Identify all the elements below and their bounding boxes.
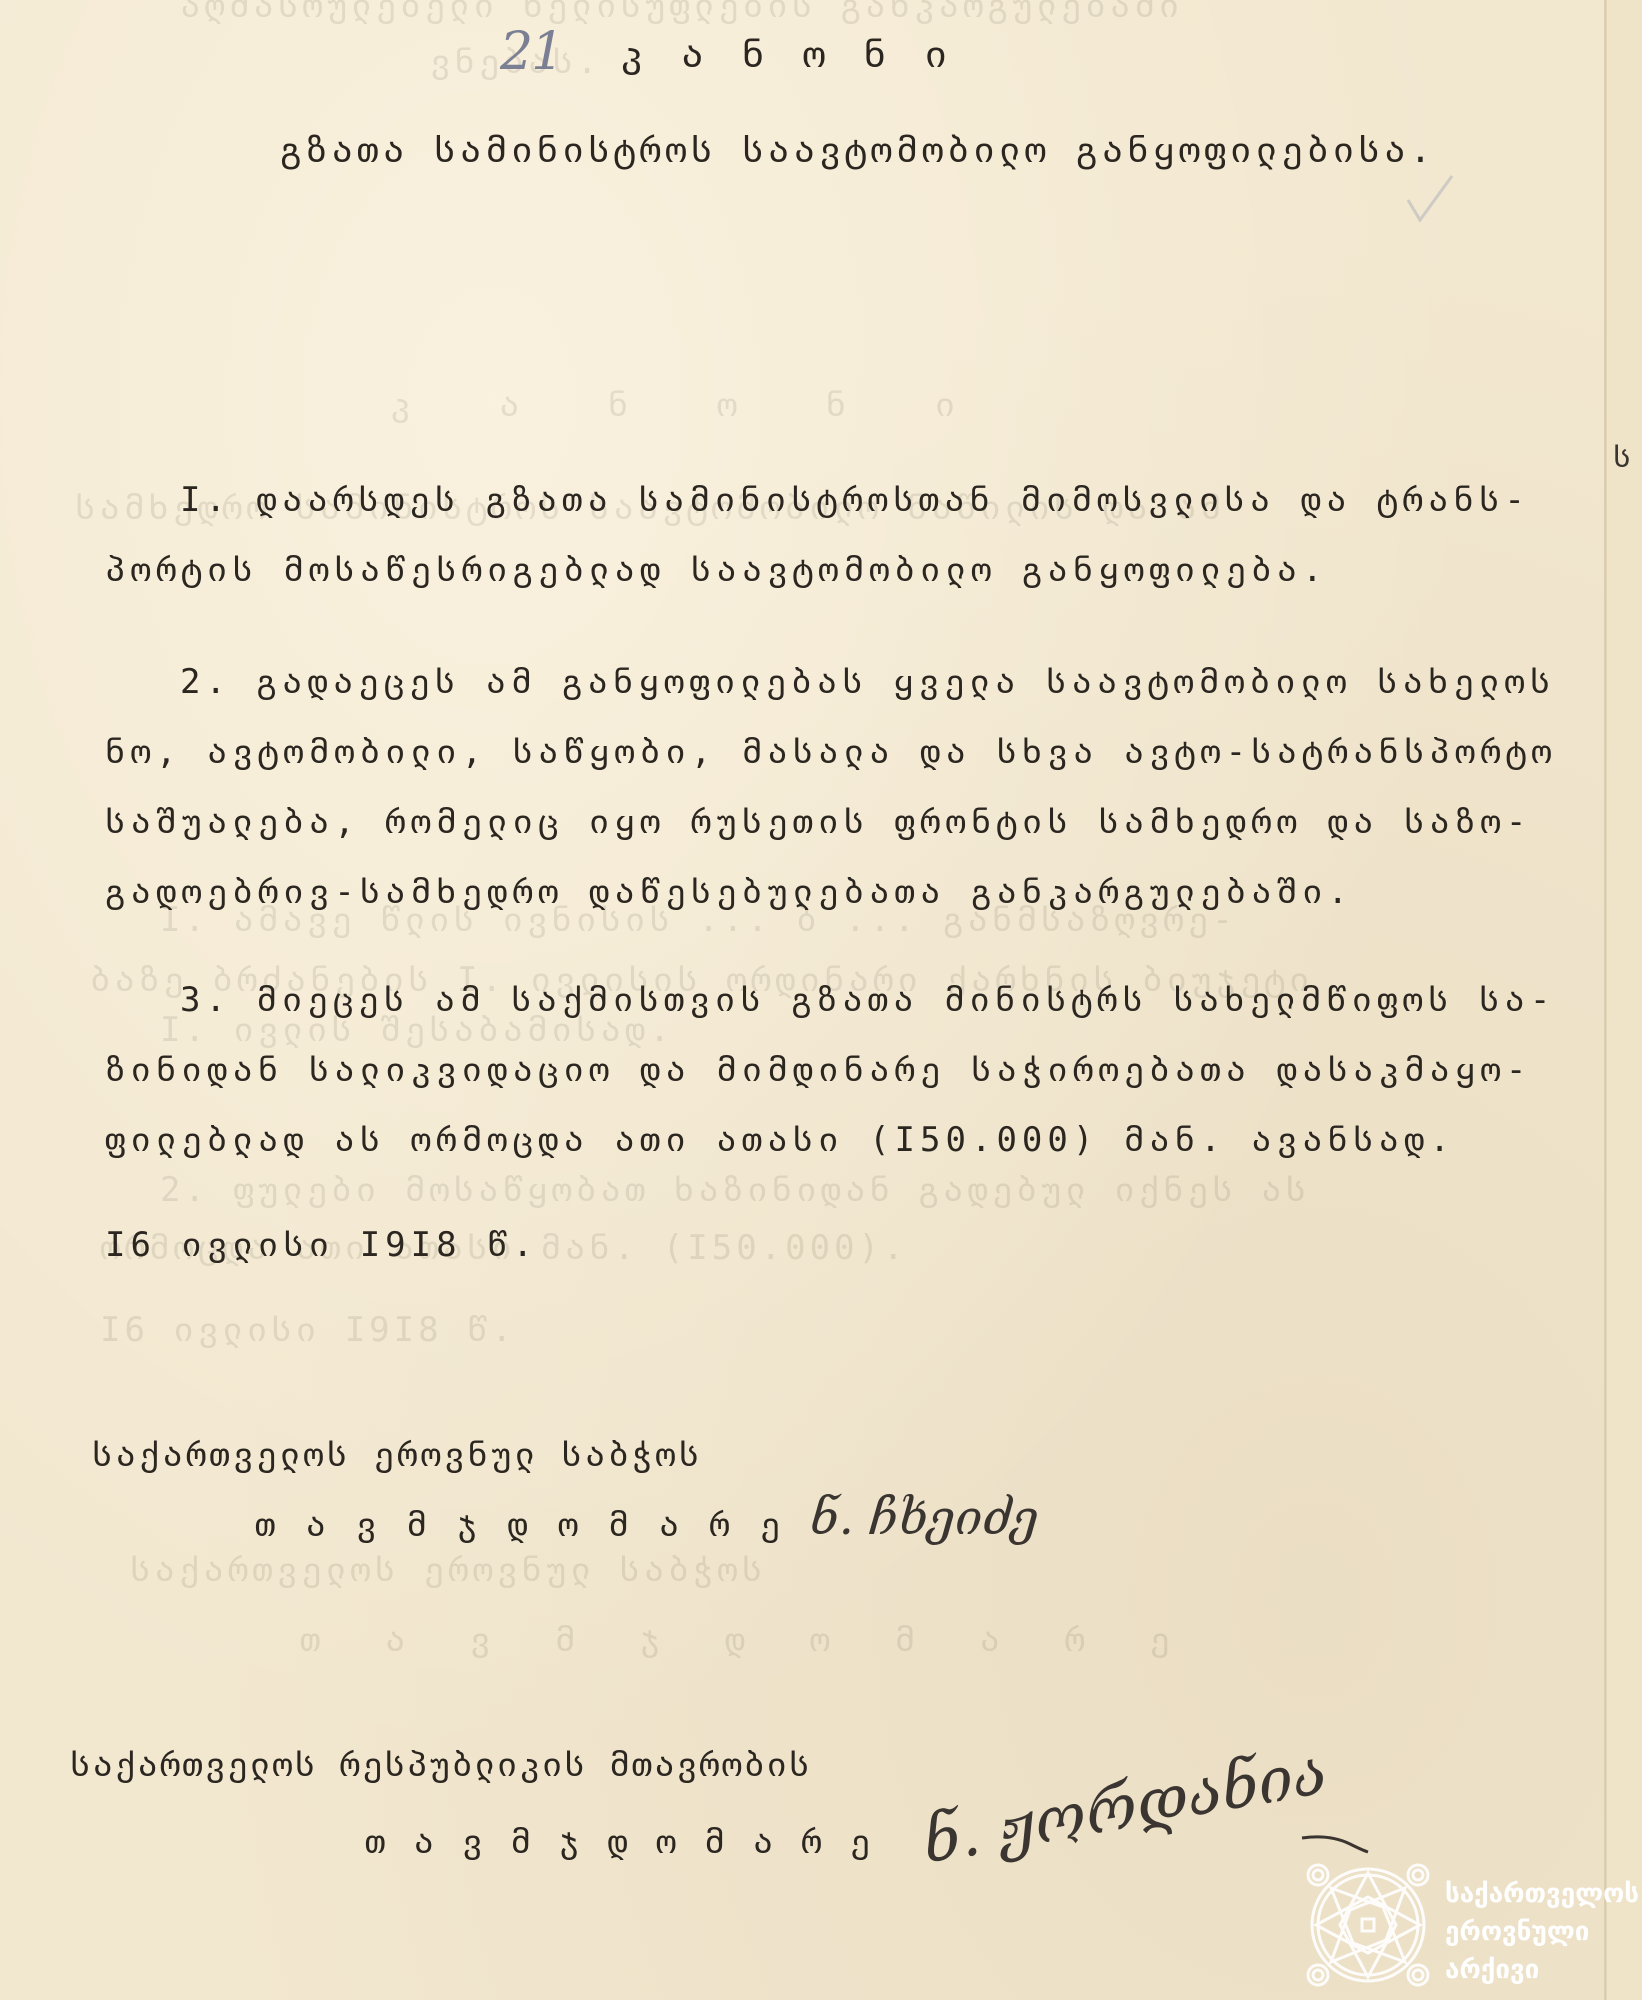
signatory-position: თავმჯდომარე (255, 1505, 810, 1545)
paragraph-line: ზინიდან სალიკვიდაციო და მიმდინარე საჭირო… (105, 1050, 1531, 1090)
page-edge (1604, 0, 1607, 2000)
paragraph-line: ნო, ავტომობილი, საწყობი, მასალა და სხვა … (105, 732, 1557, 772)
paragraph-line: ფილებლად ას ორმოცდა ათი ათასი (I50.000) … (105, 1120, 1455, 1160)
national-archive-name: საქართველოს ეროვნული არქივი (1445, 1875, 1639, 1989)
handwritten-document-number: 21 (500, 22, 562, 82)
bleed-through-line: 2. ფულები მოსაწყობათ ხაზინიდან გადებულ ი… (160, 1170, 1310, 1210)
signatory-position: თავმჯდომარე (365, 1822, 898, 1862)
signature-chkheidze: ნ. ჩხეიძე (810, 1490, 1038, 1546)
archive-name-line: ეროვნული (1445, 1913, 1639, 1951)
bleed-through-title: კ ა ნ ო ნ ი (390, 385, 989, 425)
paragraph-line: საშუალება, რომელიც იყო რუსეთის ფრონტის ს… (105, 802, 1531, 842)
document-date: I6 ივლისი I9I8 წ. (105, 1225, 538, 1265)
bleed-through-line: თ ა ვ მ ჯ დ ო მ ა რ ე (300, 1620, 1192, 1660)
signatory-title: საქართველოს ეროვნულ საბჭოს (92, 1435, 702, 1475)
archive-name-line: საქართველოს (1445, 1875, 1639, 1913)
paragraph-line: I. დაარსდეს გზათა სამინისტროსთან მიმოსვლ… (180, 480, 1530, 520)
paragraph-line: პორტის მოსაწესრიგებლად საავტომობილო განყ… (105, 550, 1328, 590)
paragraph-line: 2. გადაეცეს ამ განყოფილებას ყველა საავტო… (180, 662, 1555, 702)
bleed-through-line: საქართველოს ეროვნულ საბჭოს (130, 1550, 766, 1590)
document-type-heading: კანონი (620, 32, 985, 76)
pencil-check-icon (1400, 170, 1460, 230)
paragraph-line: გადოებრივ-სამხედრო დაწესებულებათა განკარ… (105, 872, 1353, 912)
bleed-through-line: I6 ივლისი I9I8 წ. (100, 1310, 516, 1350)
national-archive-logo-icon (1298, 1855, 1438, 1995)
margin-mark: ს (1613, 440, 1631, 475)
adjacent-page-strip (1607, 0, 1642, 2000)
archive-name-line: არქივი (1445, 1951, 1639, 1989)
bleed-through-line: აღმასრულებელი ხელისუფლების განკარგულებაშ… (180, 0, 1183, 26)
signatory-title: საქართველოს რესპუბლიკის მთავრობის (70, 1745, 812, 1785)
document-subtitle: გზათა სამინისტროს საავტომობილო განყოფილე… (280, 130, 1435, 171)
paragraph-line: 3. მიეცეს ამ საქმისთვის გზათა მინისტრს ს… (180, 980, 1555, 1020)
